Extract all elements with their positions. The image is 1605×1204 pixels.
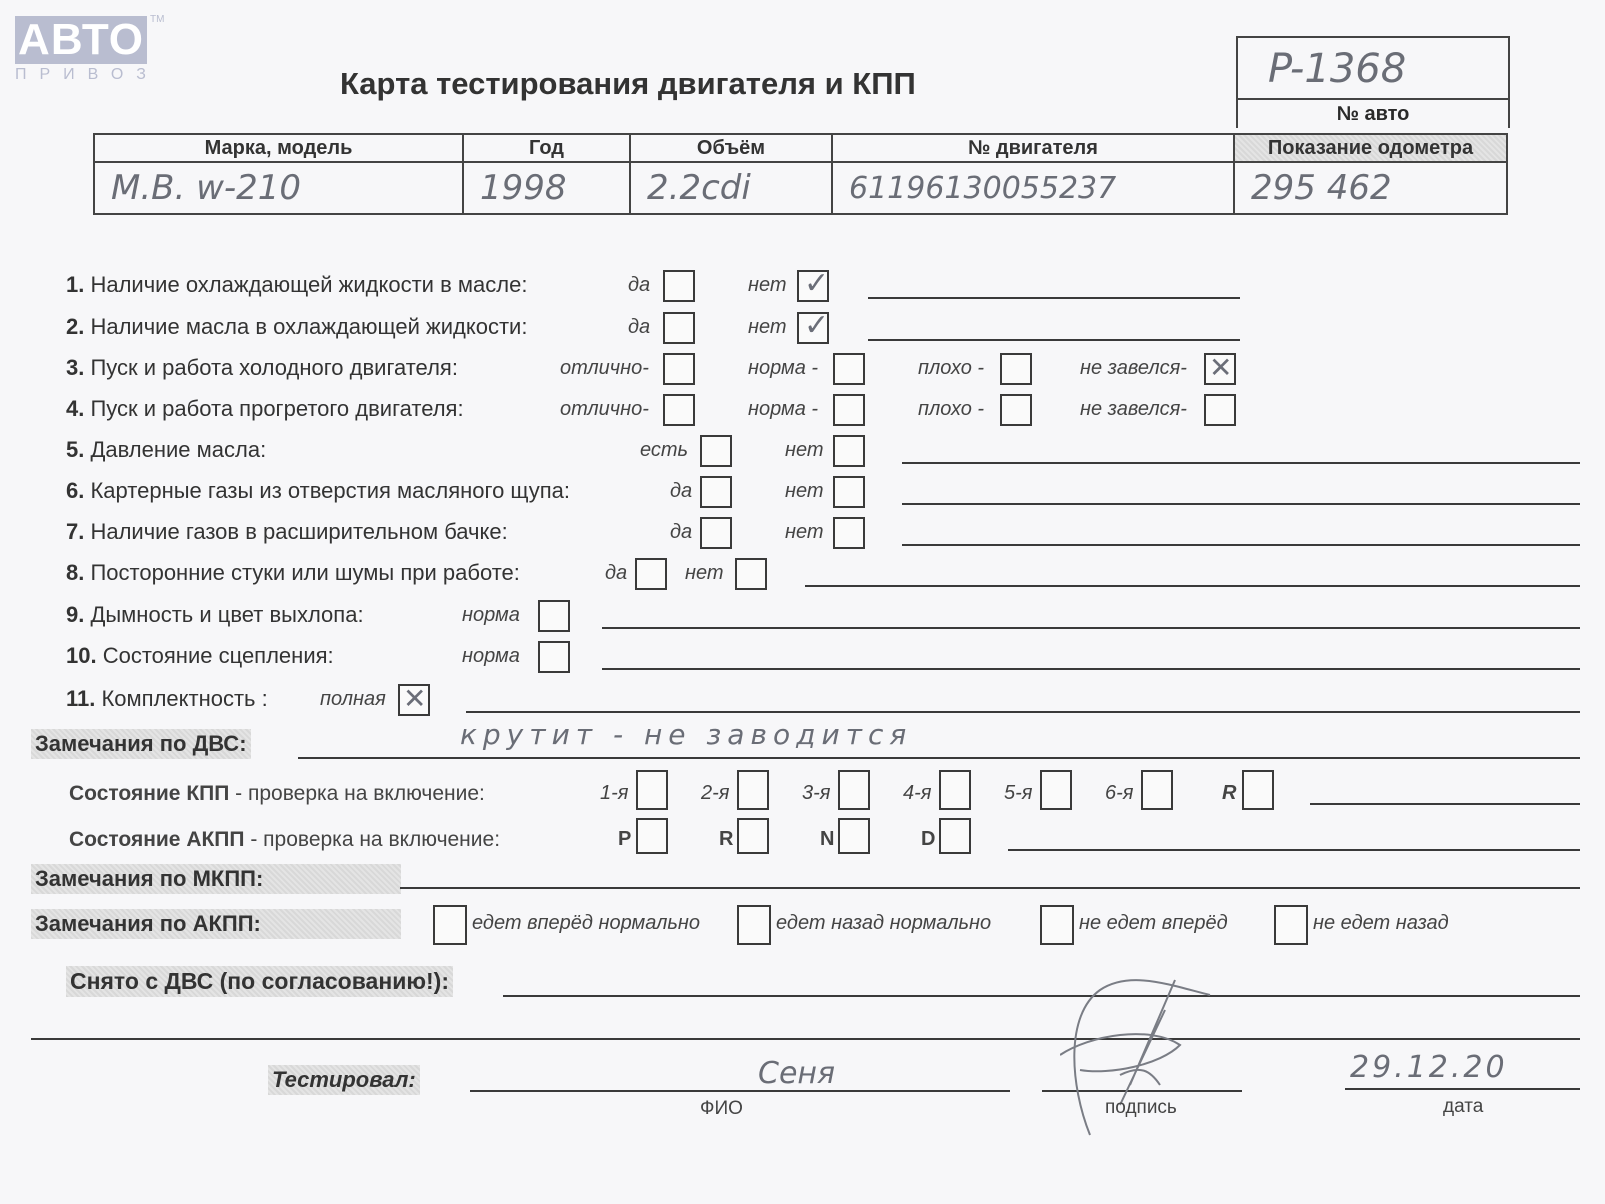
removed-parts-line-2 — [31, 1038, 1580, 1040]
option-label: нет — [685, 562, 724, 585]
akpp-checkbox-3[interactable] — [1040, 905, 1074, 945]
car-number-value[interactable]: P-1368 — [1238, 38, 1508, 100]
option-label: нет — [748, 274, 787, 297]
option-label: норма — [462, 645, 520, 668]
check-row-text: Дымность и цвет выхлопа: — [90, 602, 363, 627]
check-row-notes-line[interactable] — [805, 585, 1580, 587]
option-label: да — [628, 274, 650, 297]
manual-gearbox-subtitle: - проверка на включение: — [229, 782, 485, 805]
name-caption: ФИО — [700, 1098, 743, 1120]
date-caption: дата — [1443, 1096, 1483, 1118]
checkbox-4-1[interactable] — [663, 394, 695, 426]
check-row-number: 11. — [66, 686, 101, 711]
check-row-notes-line[interactable] — [868, 339, 1240, 341]
gear-label: 4-я — [903, 782, 931, 805]
check-row-number: 10. — [66, 643, 103, 668]
check-row-notes-line[interactable] — [902, 462, 1580, 464]
check-row-9-label: 9. Дымность и цвет выхлопа: — [66, 602, 364, 628]
check-row-number: 9. — [66, 602, 90, 627]
option-label: да — [605, 562, 627, 585]
gear-label: R — [1222, 782, 1236, 805]
removed-parts-line — [503, 995, 1580, 997]
check-row-number: 3. — [66, 355, 90, 380]
check-row-text: Состояние сцепления: — [103, 643, 334, 668]
option-label: плохо - — [918, 398, 984, 421]
akpp-checkbox-4[interactable] — [1274, 905, 1308, 945]
akpp-option-label: едет вперёд нормально — [472, 912, 700, 935]
checkbox-9-1[interactable] — [538, 600, 570, 632]
gear-checkbox-1-я[interactable] — [636, 770, 668, 810]
check-row-2-label: 2. Наличие масла в охлаждающей жидкости: — [66, 314, 527, 340]
engine-remarks-value[interactable]: крутит - не заводится — [460, 718, 912, 751]
check-row-text: Давление масла: — [90, 437, 266, 462]
check-row-notes-line[interactable] — [902, 503, 1580, 505]
option-label: нет — [748, 316, 787, 339]
mode-checkbox-N[interactable] — [838, 818, 870, 854]
mode-checkbox-P[interactable] — [636, 818, 668, 854]
col-volume-label: Объём — [630, 134, 832, 162]
check-row-number: 7. — [66, 519, 90, 544]
odometer-value[interactable]: 295 462 — [1234, 162, 1507, 214]
check-row-notes-line[interactable] — [902, 544, 1580, 546]
check-row-number: 1. — [66, 272, 90, 297]
mode-label: P — [618, 828, 631, 851]
option-label: полная — [320, 688, 386, 711]
manual-gearbox-label: Состояние КПП - проверка на включение: — [69, 782, 485, 806]
option-label: плохо - — [918, 357, 984, 380]
signature-caption: подпись — [1105, 1097, 1177, 1119]
manual-gearbox-line — [1310, 803, 1580, 805]
checkbox-1-2[interactable] — [797, 270, 829, 302]
col-year-label: Год — [463, 134, 630, 162]
checkbox-3-3[interactable] — [1000, 353, 1032, 385]
trademark-mark: TM — [150, 14, 164, 25]
year-value[interactable]: 1998 — [463, 162, 630, 214]
check-row-10-label: 10. Состояние сцепления: — [66, 643, 334, 669]
test-date[interactable]: 29.12.20 — [1350, 1050, 1508, 1085]
option-label: да — [628, 316, 650, 339]
model-value[interactable]: M.B. w-210 — [94, 162, 463, 214]
gear-checkbox-3-я[interactable] — [838, 770, 870, 810]
gear-checkbox-4-я[interactable] — [939, 770, 971, 810]
gear-checkbox-2-я[interactable] — [737, 770, 769, 810]
checkbox-2-1[interactable] — [663, 312, 695, 344]
check-row-7-label: 7. Наличие газов в расширительном бачке: — [66, 519, 508, 545]
mkpp-remarks-label: Замечания по МКПП: — [31, 864, 401, 894]
auto-gearbox-line — [1008, 849, 1580, 851]
vehicle-info-table: Марка, модель Год Объём № двигателя Пока… — [93, 133, 1508, 215]
check-row-text: Комплектность : — [101, 686, 267, 711]
check-row-text: Картерные газы из отверстия масляного щу… — [90, 478, 570, 503]
option-label: да — [670, 521, 692, 544]
name-line — [470, 1090, 1010, 1092]
engine-number-value[interactable]: 61196130055237 — [832, 162, 1234, 214]
gear-label: 1-я — [600, 782, 628, 805]
akpp-checkbox-1[interactable] — [433, 905, 467, 945]
checkbox-3-2[interactable] — [833, 353, 865, 385]
mode-checkbox-R[interactable] — [737, 818, 769, 854]
gear-label: 5-я — [1004, 782, 1032, 805]
gear-checkbox-5-я[interactable] — [1040, 770, 1072, 810]
checkbox-3-1[interactable] — [663, 353, 695, 385]
check-row-number: 4. — [66, 396, 90, 421]
mode-label: D — [921, 828, 935, 851]
date-line — [1345, 1088, 1580, 1090]
option-label: норма — [462, 604, 520, 627]
option-label: нет — [785, 439, 824, 462]
option-label: не завелся- — [1080, 357, 1187, 380]
gear-checkbox-R[interactable] — [1242, 770, 1274, 810]
auto-gearbox-title: Состояние АКПП — [69, 828, 245, 851]
mkpp-remarks-line — [400, 887, 1580, 889]
engine-remarks-line — [298, 757, 1580, 759]
check-row-3-label: 3. Пуск и работа холодного двигателя: — [66, 355, 458, 381]
gear-label: 2-я — [701, 782, 729, 805]
check-row-text: Наличие охлаждающей жидкости в масле: — [90, 272, 527, 297]
akpp-checkbox-2[interactable] — [737, 905, 771, 945]
col-engine-number-label: № двигателя — [832, 134, 1234, 162]
removed-parts-label: Снято с ДВС (по согласованию!): — [66, 966, 453, 997]
engine-remarks-label: Замечания по ДВС: — [31, 729, 251, 759]
check-row-text: Пуск и работа прогретого двигателя: — [90, 396, 463, 421]
tested-by-label: Тестировал: — [268, 1065, 420, 1095]
mode-label: R — [719, 828, 733, 851]
auto-gearbox-subtitle: - проверка на включение: — [245, 828, 501, 851]
auto-gearbox-label: Состояние АКПП - проверка на включение: — [69, 828, 500, 852]
option-label: нет — [785, 480, 824, 503]
checkbox-5-2[interactable] — [833, 435, 865, 467]
check-row-text: Наличие масла в охлаждающей жидкости: — [90, 314, 527, 339]
check-row-notes-line[interactable] — [602, 627, 1580, 629]
checkbox-2-2[interactable] — [797, 312, 829, 344]
check-row-notes-line[interactable] — [466, 711, 1580, 713]
checkbox-8-1[interactable] — [635, 558, 667, 590]
mode-checkbox-D[interactable] — [939, 818, 971, 854]
check-row-number: 5. — [66, 437, 90, 462]
option-label: норма - — [748, 398, 818, 421]
akpp-option-label: едет назад нормально — [776, 912, 991, 935]
checkbox-4-2[interactable] — [833, 394, 865, 426]
mode-label: N — [820, 828, 834, 851]
check-row-number: 2. — [66, 314, 90, 339]
checkbox-3-4[interactable] — [1204, 353, 1236, 385]
option-label: отлично- — [560, 398, 649, 421]
check-row-number: 6. — [66, 478, 90, 503]
check-row-text: Посторонние стуки или шумы при работе: — [90, 560, 519, 585]
checkbox-8-2[interactable] — [735, 558, 767, 590]
volume-value[interactable]: 2.2cdi — [630, 162, 832, 214]
checkbox-7-1[interactable] — [700, 517, 732, 549]
car-number-label: № авто — [1337, 103, 1410, 125]
checkbox-6-1[interactable] — [700, 476, 732, 508]
checkbox-4-3[interactable] — [1000, 394, 1032, 426]
check-row-notes-line[interactable] — [868, 297, 1240, 299]
car-number-box: P-1368 — [1236, 36, 1510, 100]
page-title: Карта тестирования двигателя и КПП — [340, 66, 916, 102]
check-row-number: 8. — [66, 560, 90, 585]
check-row-4-label: 4. Пуск и работа прогретого двигателя: — [66, 396, 464, 422]
option-label: да — [670, 480, 692, 503]
company-logo: АВТО — [15, 16, 147, 64]
manual-gearbox-title: Состояние КПП — [69, 782, 229, 805]
checkbox-4-4[interactable] — [1204, 394, 1236, 426]
option-label: отлично- — [560, 357, 649, 380]
checkbox-7-2[interactable] — [833, 517, 865, 549]
gear-checkbox-6-я[interactable] — [1141, 770, 1173, 810]
check-row-5-label: 5. Давление масла: — [66, 437, 266, 463]
check-row-8-label: 8. Посторонние стуки или шумы при работе… — [66, 560, 520, 586]
checkbox-10-1[interactable] — [538, 641, 570, 673]
col-odometer-label: Показание одометра — [1234, 134, 1507, 162]
option-label: есть — [640, 439, 688, 462]
tester-name[interactable]: Сеня — [758, 1056, 835, 1091]
check-row-11-label: 11. Комплектность : — [66, 686, 268, 712]
akpp-option-label: не едет назад — [1313, 912, 1449, 935]
checkbox-5-1[interactable] — [700, 435, 732, 467]
checkbox-1-1[interactable] — [663, 270, 695, 302]
check-row-6-label: 6. Картерные газы из отверстия масляного… — [66, 478, 570, 504]
akpp-remarks-label: Замечания по АКПП: — [31, 909, 401, 939]
checkbox-11-1[interactable] — [398, 684, 430, 716]
akpp-option-label: не едет вперёд — [1079, 912, 1228, 935]
check-row-notes-line[interactable] — [602, 668, 1580, 670]
logo-subtitle: ПРИВОЗ — [15, 66, 159, 84]
option-label: нет — [785, 521, 824, 544]
gear-label: 3-я — [802, 782, 830, 805]
option-label: не завелся- — [1080, 398, 1187, 421]
check-row-text: Пуск и работа холодного двигателя: — [90, 355, 457, 380]
car-number-label-cell: № авто — [1236, 98, 1510, 128]
option-label: норма - — [748, 357, 818, 380]
col-model-label: Марка, модель — [94, 134, 463, 162]
check-row-text: Наличие газов в расширительном бачке: — [90, 519, 507, 544]
checkbox-6-2[interactable] — [833, 476, 865, 508]
check-row-1-label: 1. Наличие охлаждающей жидкости в масле: — [66, 272, 527, 298]
gear-label: 6-я — [1105, 782, 1133, 805]
